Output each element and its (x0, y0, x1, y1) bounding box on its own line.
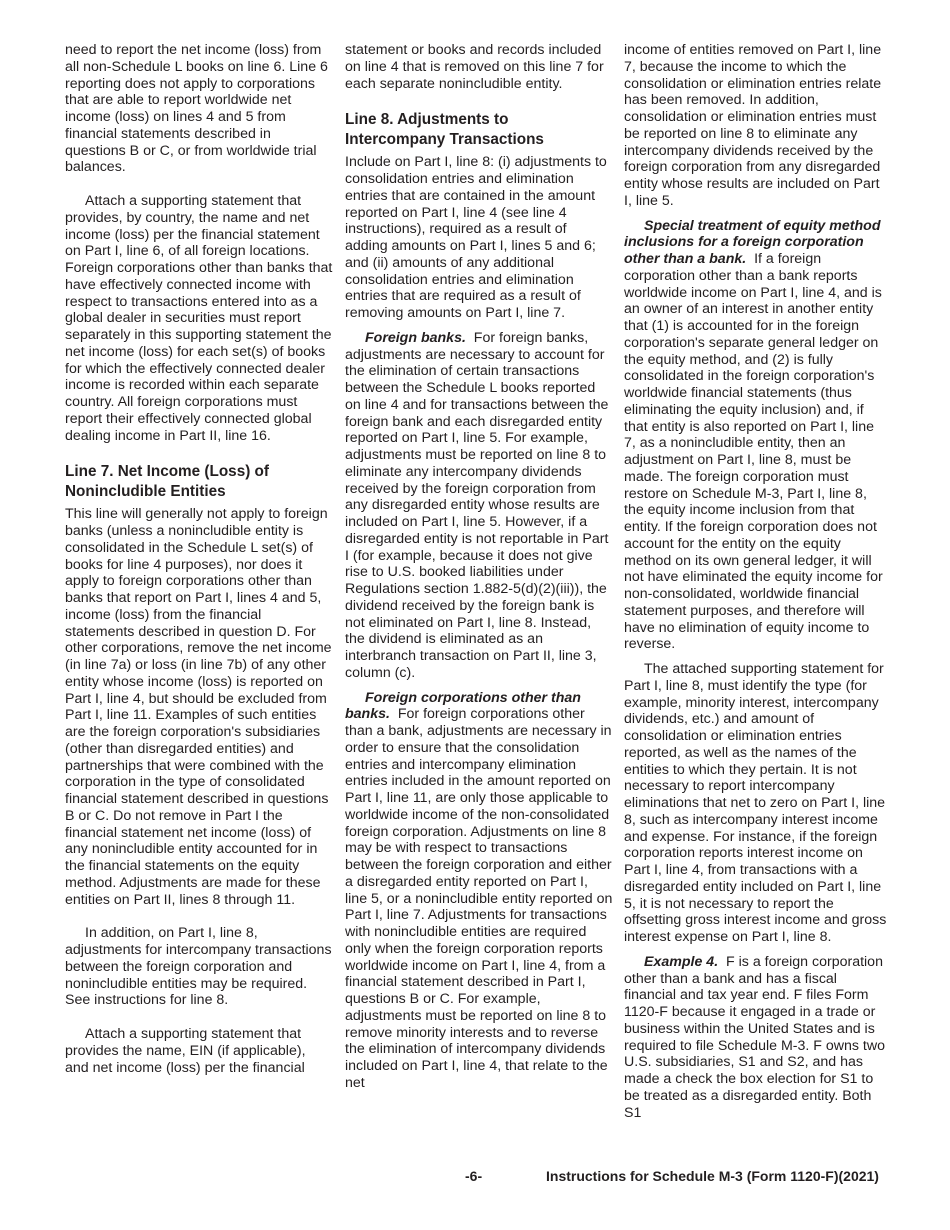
paragraph-line6-supporting-statement: Attach a supporting statement that provi… (65, 193, 333, 444)
paragraph-line7-intercompany: In addition, on Part I, line 8, adjustme… (65, 925, 333, 1009)
runin-foreign-banks: Foreign banks. (365, 330, 466, 346)
right-column: income of entities removed on Part I, li… (624, 42, 888, 1121)
heading-line8: Line 8. Adjustments to Intercompany Tran… (345, 110, 613, 150)
footer-title: Instructions for Schedule M-3 (Form 1120… (546, 1168, 879, 1184)
middle-column: statement or books and records included … (345, 42, 613, 1092)
foreign-banks-text: For foreign banks, adjustments are neces… (345, 330, 608, 681)
paragraph-supporting-statement: The attached supporting statement for Pa… (624, 661, 888, 946)
left-column: need to report the net income (loss) fro… (65, 42, 333, 1076)
page-number: -6- (465, 1168, 482, 1184)
other-than-banks-text: For foreign corporations other than a ba… (345, 706, 612, 1091)
paragraph-line6-continued: need to report the net income (loss) fro… (65, 42, 333, 176)
paragraph-line7-body: This line will generally not apply to fo… (65, 506, 333, 908)
paragraph-line8-continued: income of entities removed on Part I, li… (624, 42, 888, 210)
paragraph-line7-supporting-statement: Attach a supporting statement that provi… (65, 1026, 333, 1076)
paragraph-other-than-banks: Foreign corporations other than banks. F… (345, 690, 613, 1092)
runin-example-4: Example 4. (644, 954, 718, 970)
heading-line7: Line 7. Net Income (Loss) of Nonincludib… (65, 462, 333, 502)
paragraph-example-4: Example 4. F is a foreign corporation ot… (624, 954, 888, 1122)
special-treatment-text: If a foreign corporation other than a ba… (624, 251, 883, 652)
paragraph-special-treatment: Special treatment of equity method inclu… (624, 218, 888, 654)
paragraph-foreign-banks: Foreign banks. For foreign banks, adjust… (345, 330, 613, 682)
paragraph-line7-continued: statement or books and records included … (345, 42, 613, 92)
runin-special-treatment: Special treatment of equity method inclu… (624, 218, 881, 268)
paragraph-line8-body: Include on Part I, line 8: (i) adjustmen… (345, 154, 613, 322)
example-4-text: F is a foreign corporation other than a … (624, 954, 885, 1121)
